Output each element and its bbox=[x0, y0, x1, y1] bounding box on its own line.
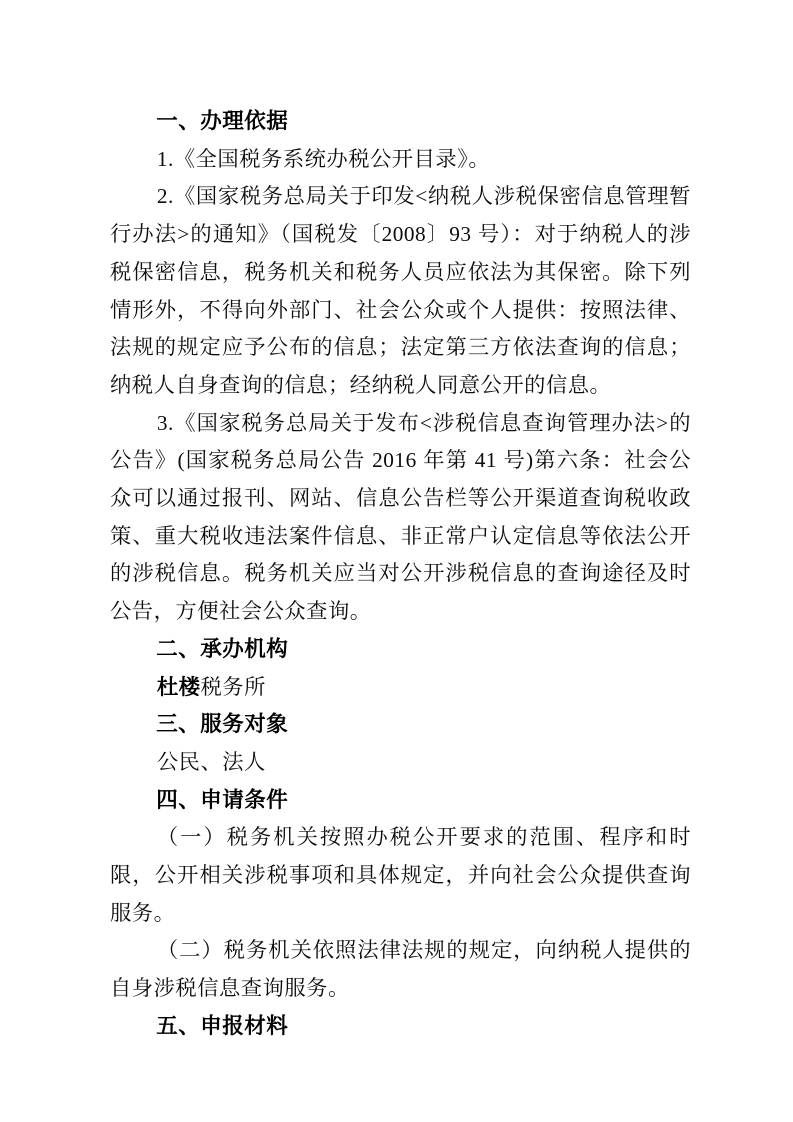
paragraph-basis-item-3: 3.《国家税务总局关于发布<涉税信息查询管理办法>的公告》(国家税务总局公告 2… bbox=[110, 405, 691, 631]
paragraph-agency-name: 杜楼税务所 bbox=[110, 669, 691, 707]
paragraph-condition-1: （一）税务机关按照办税公开要求的范围、程序和时限，公开相关涉税事项和具体规定，并… bbox=[110, 819, 691, 932]
heading-service-targets: 三、服务对象 bbox=[110, 706, 691, 744]
document-page: 一、办理依据 1.《全国税务系统办税公开目录》。 2.《国家税务总局关于印发<纳… bbox=[0, 0, 793, 1122]
heading-handling-agency: 二、承办机构 bbox=[110, 631, 691, 669]
paragraph-basis-item-1: 1.《全国税务系统办税公开目录》。 bbox=[110, 141, 691, 179]
heading-application-conditions: 四、申请条件 bbox=[110, 782, 691, 820]
document-content: 一、办理依据 1.《全国税务系统办税公开目录》。 2.《国家税务总局关于印发<纳… bbox=[110, 103, 691, 1046]
agency-name-regular: 税务所 bbox=[200, 675, 265, 699]
paragraph-condition-2: （二）税务机关依照法律法规的规定，向纳税人提供的自身涉税信息查询服务。 bbox=[110, 932, 691, 1007]
paragraph-basis-item-2: 2.《国家税务总局关于印发<纳税人涉税保密信息管理暂行办法>的通知》（国税发〔2… bbox=[110, 178, 691, 404]
paragraph-service-targets: 公民、法人 bbox=[110, 744, 691, 782]
heading-processing-basis: 一、办理依据 bbox=[110, 103, 691, 141]
heading-application-materials: 五、申报材料 bbox=[110, 1008, 691, 1046]
agency-name-bold: 杜楼 bbox=[157, 675, 201, 699]
